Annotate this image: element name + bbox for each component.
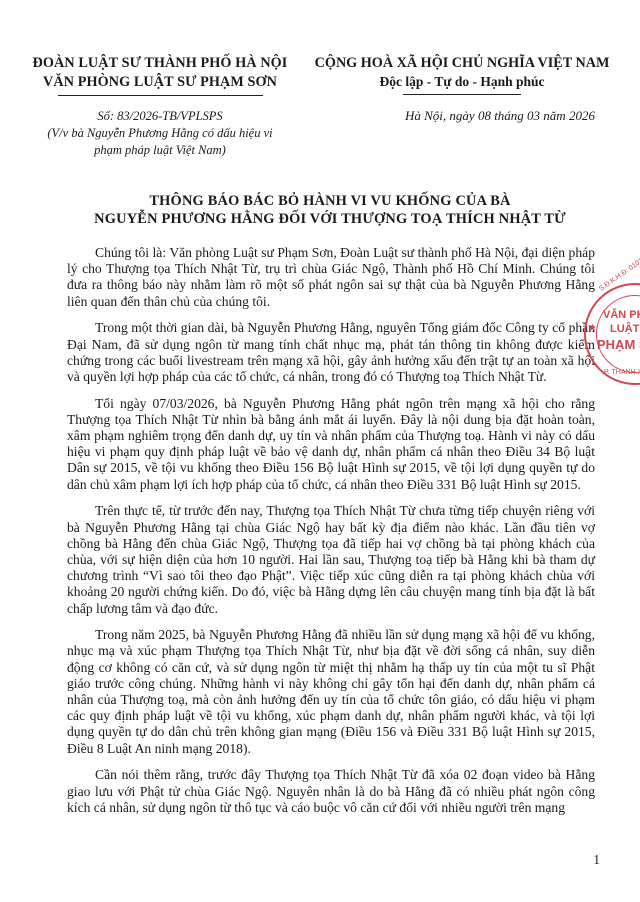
document-body: Chúng tôi là: Văn phòng Luật sư Phạm Sơn… — [67, 245, 595, 827]
stamp-line-3: PHẠM SƠN — [597, 337, 640, 352]
paragraph: Trong một thời gian dài, bà Nguyễn Phươn… — [67, 320, 595, 385]
national-motto: Độc lập - Tự do - Hạnh phúc — [312, 73, 612, 91]
document-page: ĐOÀN LUẬT SƯ THÀNH PHỐ HÀ NỘI VĂN PHÒNG … — [0, 0, 640, 902]
nation-name: CỘNG HOÀ XÃ HỘI CHỦ NGHĨA VIỆT NAM — [312, 54, 612, 73]
paragraph: Chúng tôi là: Văn phòng Luật sư Phạm Sơn… — [67, 245, 595, 310]
page-number: 1 — [500, 852, 600, 868]
issuer-header: ĐOÀN LUẬT SƯ THÀNH PHỐ HÀ NỘI VĂN PHÒNG … — [30, 54, 290, 159]
national-header: CỘNG HOÀ XÃ HỘI CHỦ NGHĨA VIỆT NAM Độc l… — [312, 54, 612, 95]
place-and-date: Hà Nội, ngày 08 tháng 03 năm 2026 — [405, 108, 595, 124]
subject-line-2: phạm pháp luật Việt Nam) — [30, 142, 290, 159]
star-icon: ★ — [588, 323, 597, 334]
law-office-name: VĂN PHÒNG LUẬT SƯ PHẠM SƠN — [30, 73, 290, 92]
paragraph: Trong năm 2025, bà Nguyễn Phương Hằng đã… — [67, 627, 595, 757]
document-subject: (V/v bà Nguyễn Phương Hằng có dấu hiệu v… — [30, 125, 290, 159]
stamp-bottom-text: P. THANH XUÂN — [604, 369, 640, 376]
subject-line-1: (V/v bà Nguyễn Phương Hằng có dấu hiệu v… — [30, 125, 290, 142]
document-number: Số: 83/2026-TB/VPLSPS — [30, 108, 290, 124]
paragraph: Tối ngày 07/03/2026, bà Nguyễn Phương Hằ… — [67, 396, 595, 493]
stamp-line-1: VĂN PHÒNG — [603, 309, 640, 321]
document-title: THÔNG BÁO BÁC BỎ HÀNH VI VU KHỐNG CỦA BÀ… — [60, 192, 600, 228]
title-line-1: THÔNG BÁO BÁC BỎ HÀNH VI VU KHỐNG CỦA BÀ — [60, 192, 600, 210]
paragraph: Cần nói thêm rằng, trước đây Thượng tọa … — [67, 767, 595, 816]
motto-underline — [403, 94, 521, 95]
stamp-line-2: LUẬT SƯ — [610, 323, 640, 335]
issuer-underline — [58, 95, 263, 96]
title-line-2: NGUYỄN PHƯƠNG HẰNG ĐỐI VỚI THƯỢNG TOẠ TH… — [60, 210, 600, 228]
bar-association-name: ĐOÀN LUẬT SƯ THÀNH PHỐ HÀ NỘI — [30, 54, 290, 73]
stamp-registration-text: S.Đ.K.H.Đ: 0101 — [598, 257, 640, 292]
paragraph: Trên thực tế, từ trước đến nay, Thượng t… — [67, 503, 595, 616]
